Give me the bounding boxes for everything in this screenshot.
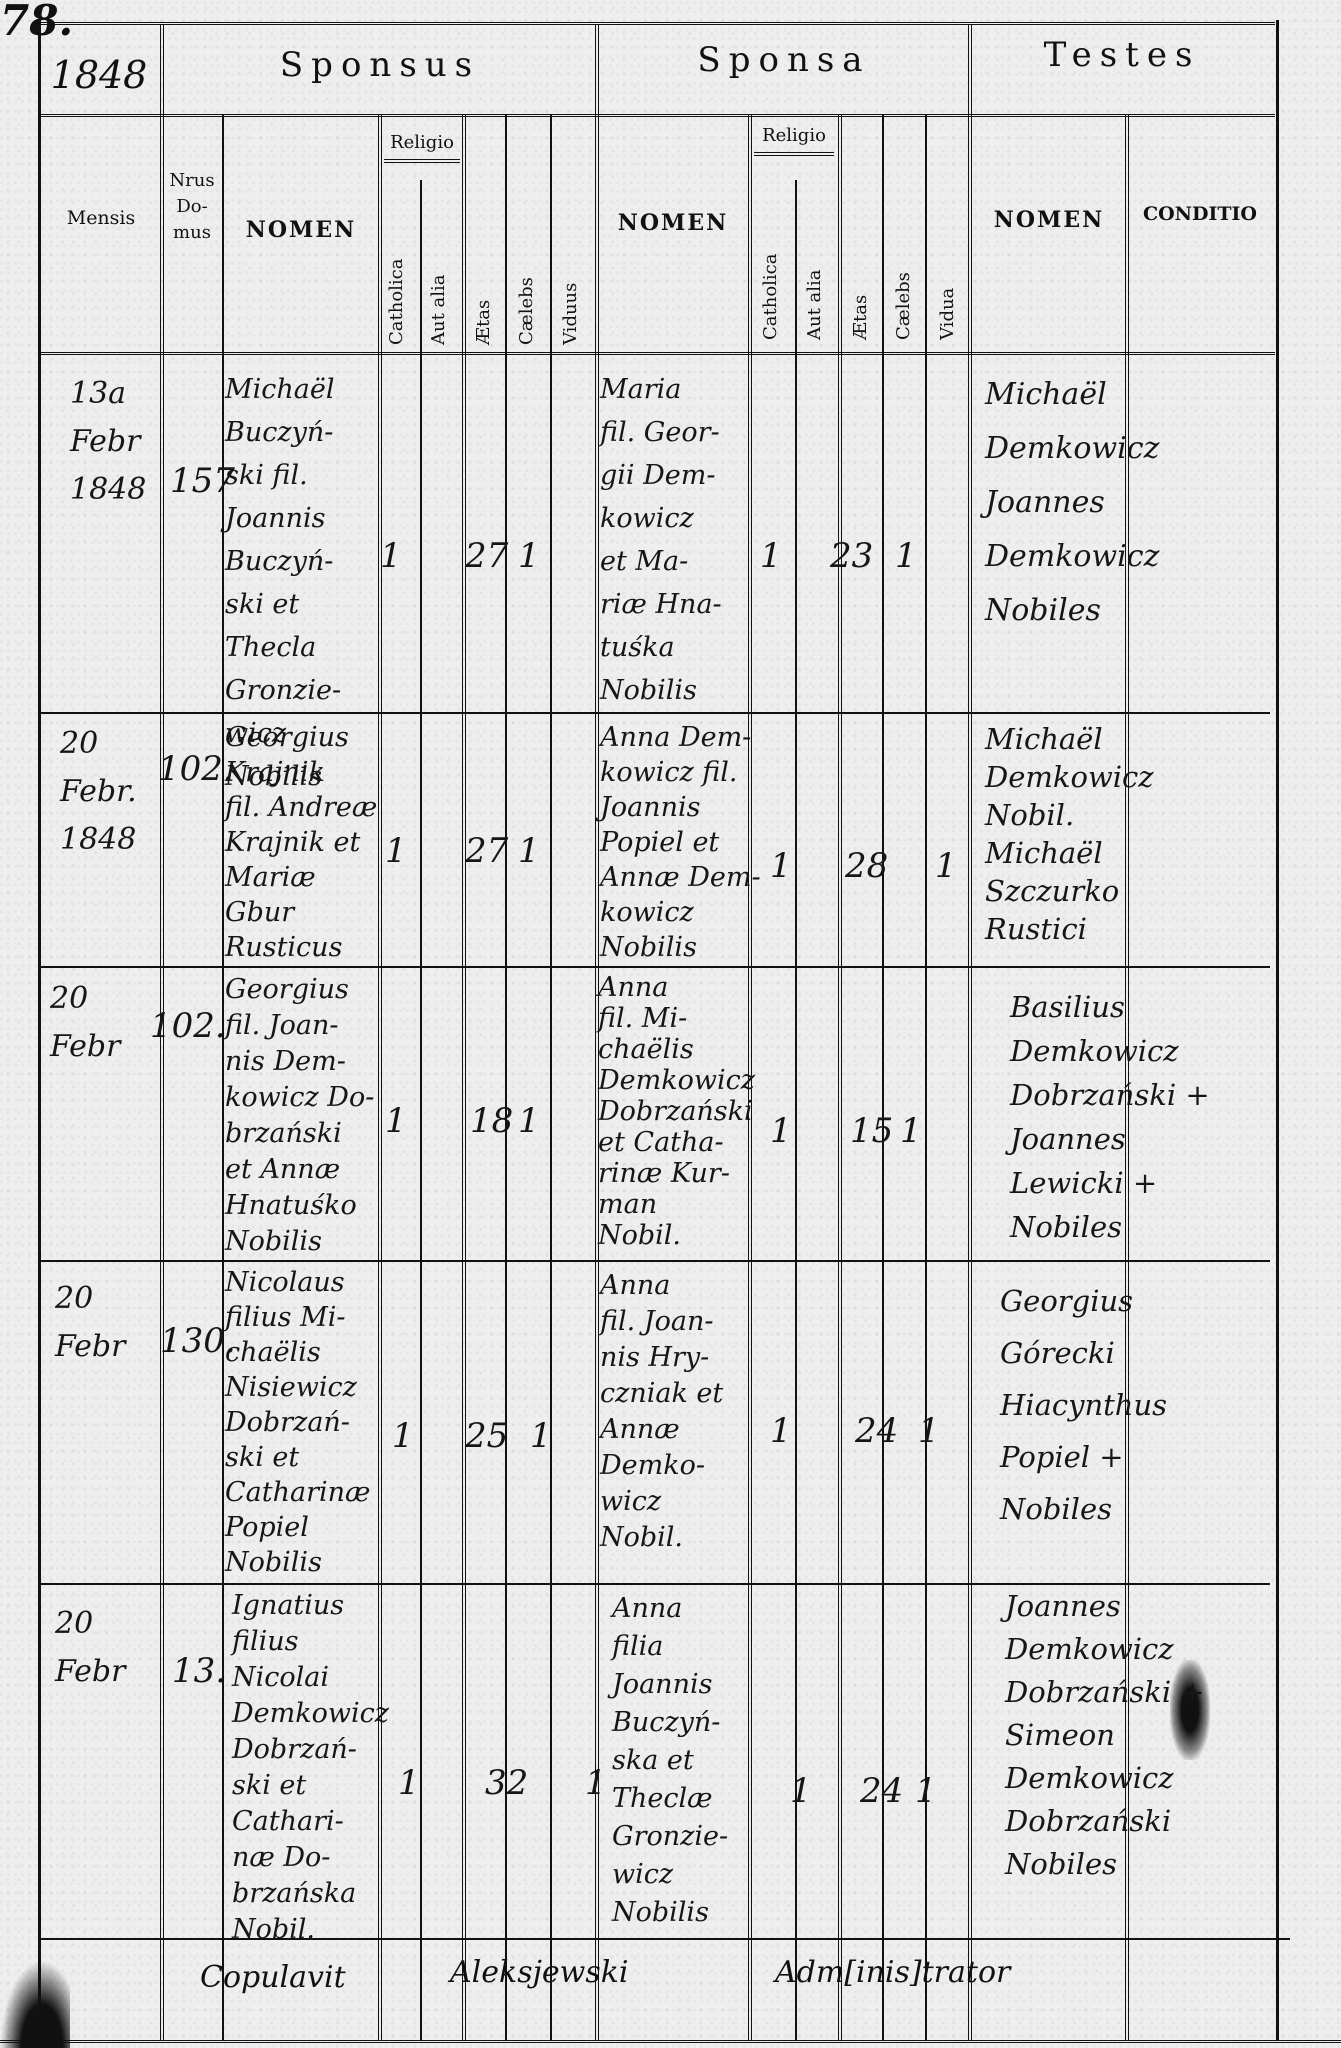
rule-header-bottom [40, 352, 1275, 355]
entry-sponsa-aetas: 24 [855, 1410, 898, 1453]
entry-date: 20 Febr [50, 975, 120, 1071]
entry-testes: Michaël Demkowicz Nobil. Michaël Szczurk… [985, 720, 1154, 948]
entry-sponsa-caelebs: 1 [900, 1110, 922, 1153]
col-header-testes-nomen: NOMEN [975, 207, 1123, 233]
entry-sponsus-catholica: 1 [398, 1762, 420, 1805]
col-line-sponsa-caelebs [925, 114, 927, 2040]
col-line-autalia [462, 114, 466, 2040]
entry-sponsus-caelebs: 1 [518, 1100, 540, 1143]
entry-sponsa-name: Anna filia Joannis Buczyń- ska et Theclæ… [612, 1590, 728, 1932]
entry-sponsus-name: Georgius Krajnik fil. Andreæ Krajnik et … [225, 720, 377, 965]
entry-sponsa-name: Anna Dem- kowicz fil. Joannis Popiel et … [600, 720, 761, 965]
entry-sponsa-caelebs: 1 [895, 535, 917, 578]
col-line-sponsa-aetas [882, 114, 884, 2040]
rule-top [40, 22, 1275, 25]
col-header-aut-alia: Aut alia [428, 260, 449, 345]
entry-sponsa-caelebs: 1 [918, 1410, 940, 1453]
entry-sponsus-catholica: 1 [380, 535, 402, 578]
entry-sponsus-name: Ignatius filius Nicolai Demkowicz Dobrza… [232, 1588, 389, 1948]
entry-sponsus-caelebs: 1 [518, 830, 540, 873]
col-header-sponsa-aetas: Ætas [850, 290, 871, 340]
entry-sponsa-name: Anna fil. Joan- nis Hry- czniak et Annæ … [600, 1268, 723, 1556]
rule-entry-2 [40, 966, 1270, 968]
col-header-mus: mus [164, 220, 220, 246]
col-header-nrus-domus: Nrus Do- mus [164, 168, 220, 246]
entry-sponsus-caelebs: 1 [530, 1415, 552, 1458]
entry-house-no: 102. [150, 1005, 226, 1048]
rule-bottom [0, 2040, 1341, 2043]
col-header-do: Do- [164, 194, 220, 220]
entry-sponsa-caelebs: 1 [915, 1770, 937, 1813]
entry-house-no: 102. [158, 748, 234, 791]
footer-copulavit: Copulavit [200, 1960, 346, 1995]
rule-entry-3 [40, 1260, 1270, 1262]
col-line-sponsa-catholica [795, 180, 797, 2040]
col-header-sponsa-religio: Religio [754, 125, 834, 156]
col-line-testes [968, 24, 972, 2040]
entry-sponsus-aetas: 27 [465, 830, 508, 873]
col-header-sponsa-nomen: NOMEN [600, 210, 746, 236]
entry-sponsus-name: Georgius fil. Joan- nis Dem- kowicz Do- … [225, 972, 374, 1260]
entry-sponsus-catholica: 1 [385, 830, 407, 873]
col-header-caelebs: Cælebs [516, 275, 537, 345]
col-header-aetas: Ætas [473, 295, 494, 345]
col-header-sponsa-caelebs: Cælebs [893, 270, 914, 340]
entry-sponsa-name: Anna fil. Mi- chaëlis Demkowicz Dobrzańs… [598, 972, 755, 1251]
rule-header-group [40, 114, 1275, 117]
entry-sponsa-vidua: 1 [935, 845, 957, 888]
entry-date: 13a Febr 1848 [70, 370, 146, 514]
entry-sponsus-name: Nicolaus filius Mi- chaëlis Nisiewicz Do… [225, 1265, 370, 1580]
col-header-vidua: Vidua [937, 280, 958, 340]
entry-sponsa-catholica: 1 [770, 1110, 792, 1153]
entry-date: 20 Febr. 1848 [60, 720, 137, 864]
year-cell: 1848 [40, 40, 158, 110]
col-header-mensis: Mensis [45, 205, 157, 231]
col-line-caelebs [550, 114, 552, 2040]
entry-sponsus-caelebs: 1 [585, 1762, 607, 1805]
rule-entry-5 [40, 1938, 1290, 1940]
col-line-sponsa-autalia [838, 114, 842, 2040]
entry-sponsa-name: Maria fil. Geor- gii Dem- kowicz et Ma- … [600, 368, 722, 712]
col-header-viduus: Viduus [560, 275, 581, 345]
col-line-domus [222, 114, 224, 2040]
entry-sponsa-catholica: 1 [770, 845, 792, 888]
entry-house-no: 13. [172, 1650, 226, 1693]
header-sponsus: Sponsus [165, 45, 595, 85]
entry-sponsa-aetas: 23 [830, 535, 873, 578]
col-header-sponsa-aut-alia: Aut alia [804, 260, 825, 340]
entry-sponsa-aetas: 15 [850, 1110, 893, 1153]
entry-sponsus-catholica: 1 [392, 1415, 414, 1458]
col-header-conditio: CONDITIO [1130, 203, 1270, 225]
header-sponsa: Sponsa [600, 40, 968, 80]
entry-sponsus-aetas: 25 [465, 1415, 508, 1458]
entry-date: 20 Febr [55, 1275, 125, 1371]
footer-signature: Aleksjewski [450, 1955, 629, 1990]
entry-testes: Michaël Demkowicz Joannes Demkowicz Nobi… [985, 368, 1159, 638]
entry-sponsus-aetas: 32 [485, 1762, 528, 1805]
entry-sponsa-aetas: 28 [845, 845, 888, 888]
col-header-sponsus-nomen: NOMEN [226, 217, 376, 243]
entry-sponsus-aetas: 27 [465, 535, 508, 578]
entry-sponsa-catholica: 1 [790, 1770, 812, 1813]
header-testes: Testes [972, 35, 1272, 75]
entry-sponsus-catholica: 1 [385, 1100, 407, 1143]
entry-testes: Basilius Demkowicz Dobrzański + Joannes … [1010, 985, 1210, 1249]
entry-date: 20 Febr [55, 1600, 125, 1696]
col-line-catholica [420, 180, 422, 2040]
entry-sponsa-aetas: 24 [860, 1770, 903, 1813]
register-page: 78. 1848 Sponsus Sponsa Testes Mensis Nr… [0, 0, 1341, 2048]
col-header-catholica: Catholica [386, 245, 407, 345]
entry-sponsus-aetas: 18 [470, 1100, 513, 1143]
entry-sponsa-catholica: 1 [760, 535, 782, 578]
col-header-religio: Religio [384, 132, 460, 163]
entry-testes: Georgius Górecki Hiacynthus Popiel + Nob… [1000, 1275, 1167, 1535]
entry-sponsa-catholica: 1 [770, 1410, 792, 1453]
col-line-aetas [505, 114, 507, 2040]
col-header-sponsa-catholica: Catholica [760, 245, 781, 340]
col-header-nrus: Nrus [164, 168, 220, 194]
entry-sponsus-caelebs: 1 [518, 535, 540, 578]
entry-testes: Joannes Demkowicz Dobrzański + Simeon De… [1005, 1585, 1205, 1886]
footer-title: Adm[inis]trator [775, 1955, 1010, 1990]
